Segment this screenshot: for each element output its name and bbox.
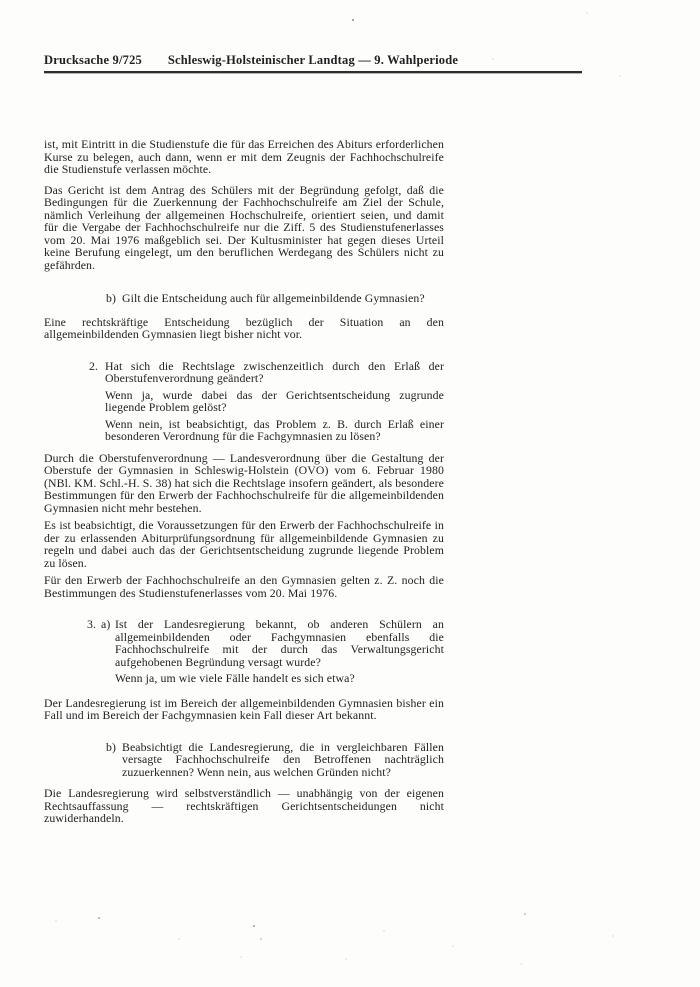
question-1b-label: b) [106, 292, 122, 305]
question-3a: 3. a) Ist der Landesregierung bekannt, o… [87, 618, 444, 685]
question-3b-label: b) [106, 741, 122, 779]
paragraph-answer-2-2: Es ist beabsichtigt, die Voraussetzungen… [44, 519, 444, 569]
question-1b-text: Gilt die Entscheidung auch für allgemein… [122, 292, 444, 305]
question-3a-body: Ist der Landesregierung bekannt, ob ande… [115, 618, 444, 685]
question-2: 2. Hat sich die Rechtslage zwischenzeitl… [89, 360, 444, 443]
header-title: Schleswig-Holsteinischer Landtag — 9. Wa… [44, 53, 582, 68]
question-2-body: Hat sich die Rechtslage zwischenzeitlich… [105, 360, 444, 443]
question-2-sub1: Wenn ja, wurde dabei das der Gerichtsent… [105, 389, 444, 414]
document-page: Drucksache 9/725 Schleswig-Holsteinische… [0, 0, 700, 987]
paragraph-court-ruling: Das Gericht ist dem Antrag des Schülers … [44, 184, 444, 272]
paragraph-answer-1b: Eine rechtskräftige Entscheidung bezügli… [44, 316, 444, 341]
question-3a-sub: Wenn ja, um wie viele Fälle handelt es s… [115, 672, 444, 685]
question-3a-text: Ist der Landesregierung bekannt, ob ande… [115, 618, 444, 668]
paragraph-answer-3a: Der Landesregierung ist im Bereich der a… [44, 697, 444, 722]
question-3b-body: Beabsichtigt die Landesregierung, die in… [122, 741, 444, 779]
scan-noise [0, 0, 2, 2]
question-2-text: Hat sich die Rechtslage zwischenzeitlich… [105, 360, 444, 385]
page-header: Drucksache 9/725 Schleswig-Holsteinische… [44, 0, 582, 73]
question-3b-text: Beabsichtigt die Landesregierung, die in… [122, 741, 444, 779]
document-body: ist, mit Eintritt in die Studienstufe di… [44, 138, 444, 825]
question-1b-body: Gilt die Entscheidung auch für allgemein… [122, 292, 444, 305]
question-3a-label: a) [101, 618, 115, 685]
question-1b: b) Gilt die Entscheidung auch für allgem… [106, 292, 444, 305]
paragraph-continuation: ist, mit Eintritt in die Studienstufe di… [44, 138, 444, 176]
question-2-label: 2. [89, 360, 105, 443]
question-2-sub2: Wenn nein, ist beabsichtigt, das Problem… [105, 418, 444, 443]
question-3-number: 3. [87, 618, 101, 685]
paragraph-answer-2-1: Durch die Oberstufenverordnung — Landesv… [44, 452, 444, 515]
paragraph-answer-3b: Die Landesregierung wird selbstverständl… [44, 787, 444, 825]
question-3b: b) Beabsichtigt die Landesregierung, die… [106, 741, 444, 779]
paragraph-answer-2-3: Für den Erwerb der Fachhochschulreife an… [44, 574, 444, 599]
